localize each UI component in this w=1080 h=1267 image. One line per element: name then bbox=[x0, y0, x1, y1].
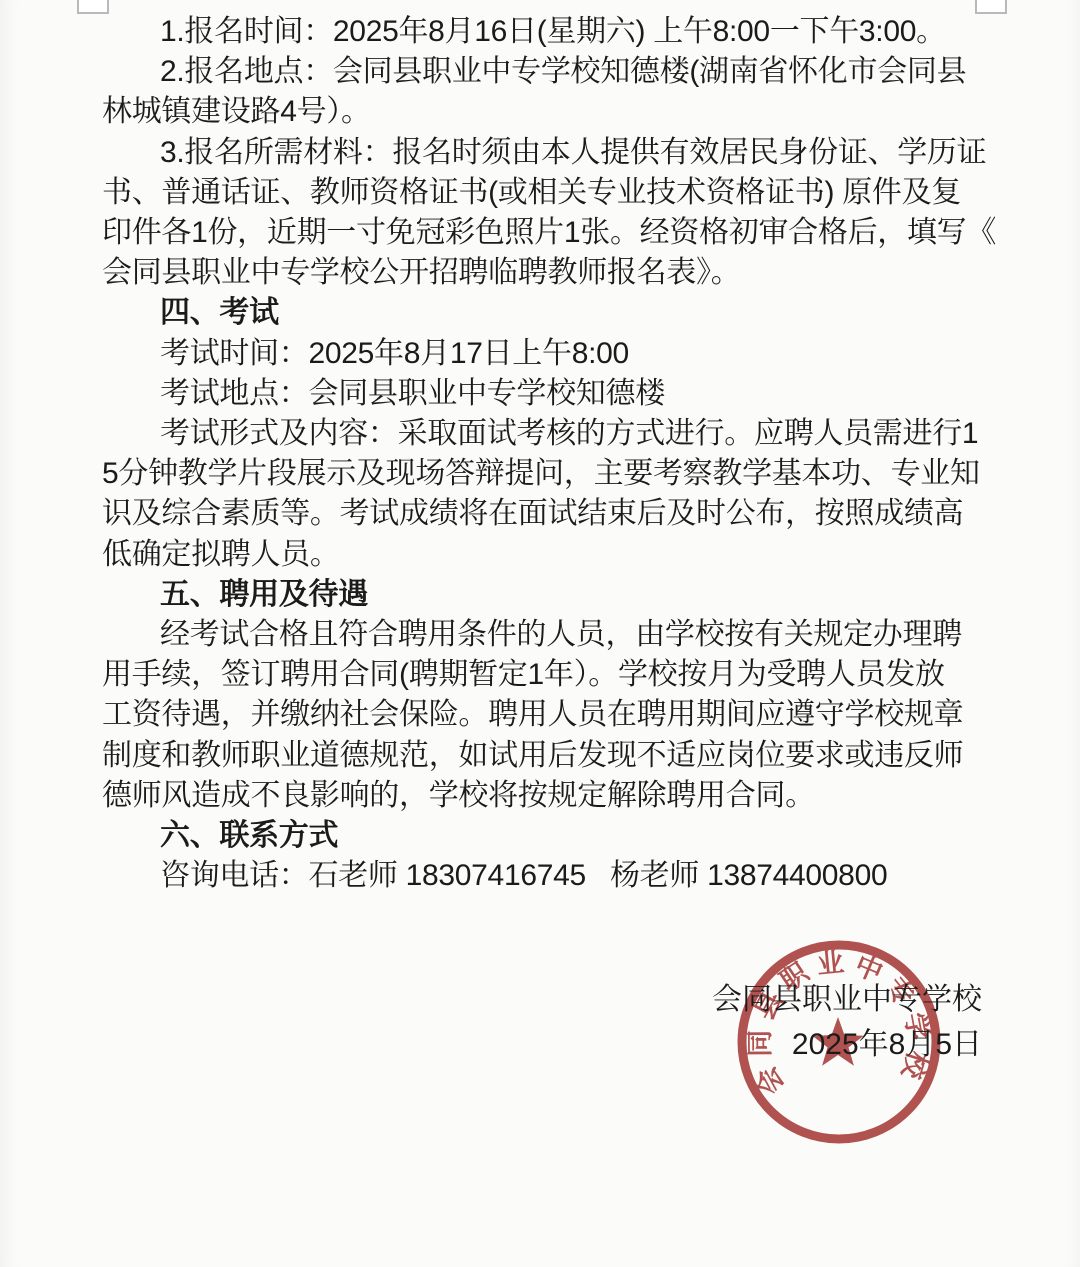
text-line: 林城镇建设路4号）。 bbox=[102, 92, 1002, 132]
text-line: 印件各1份，近期一寸免冠彩色照片1张。经资格初审合格后，填写《 bbox=[102, 213, 1002, 253]
text-line: 1.报名时间：2025年8月16日(星期六) 上午8:00一下午3:00。 bbox=[102, 12, 1002, 52]
text-line: 德师风造成不良影响的，学校将按规定解除聘用合同。 bbox=[102, 776, 1002, 816]
text-line: 考试时间：2025年8月17日上午8:00 bbox=[102, 334, 1002, 374]
text-line: 考试形式及内容：采取面试考核的方式进行。应聘人员需进行1 bbox=[102, 414, 1002, 454]
text-line: 经考试合格且符合聘用条件的人员，由学校按有关规定办理聘 bbox=[102, 615, 1002, 655]
notice-body: 1.报名时间：2025年8月16日(星期六) 上午8:00一下午3:00。 2.… bbox=[102, 12, 1002, 896]
section-heading-exam: 四、考试 bbox=[102, 293, 1002, 333]
text-line: 2.报名地点：会同县职业中专学校知德楼(湖南省怀化市会同县 bbox=[102, 52, 1002, 92]
text-line: 5分钟教学片段展示及现场答辩提问，主要考察教学基本功、专业知 bbox=[102, 454, 1002, 494]
text-line: 书、普通话证、教师资格证书(或相关专业技术资格证书) 原件及复 bbox=[102, 173, 1002, 213]
text-line: 识及综合素质等。考试成绩将在面试结束后及时公布，按照成绩高 bbox=[102, 494, 1002, 534]
signature-block: 会同县职业中专学校 2025年8月5日 bbox=[712, 977, 982, 1067]
signature-school: 会同县职业中专学校 bbox=[712, 977, 982, 1022]
text-line: 工资待遇，并缴纳社会保险。聘用人员在聘用期间应遵守学校规章 bbox=[102, 695, 1002, 735]
text-line: 会同县职业中专学校公开招聘临聘教师报名表》。 bbox=[102, 253, 1002, 293]
text-line: 用手续，签订聘用合同(聘期暂定1年）。学校按月为受聘人员发放 bbox=[102, 655, 1002, 695]
text-line: 3.报名所需材料：报名时须由本人提供有效居民身份证、学历证 bbox=[102, 133, 1002, 173]
section-heading-hiring: 五、聘用及待遇 bbox=[102, 575, 1002, 615]
contact-phone-line: 咨询电话：石老师 18307416745 杨老师 13874400800 bbox=[102, 856, 1002, 896]
signature-date: 2025年8月5日 bbox=[712, 1022, 982, 1067]
text-line: 低确定拟聘人员。 bbox=[102, 535, 1002, 575]
section-heading-contact: 六、联系方式 bbox=[102, 816, 1002, 856]
text-line: 考试地点：会同县职业中专学校知德楼 bbox=[102, 374, 1002, 414]
document-page: 1.报名时间：2025年8月16日(星期六) 上午8:00一下午3:00。 2.… bbox=[0, 0, 1080, 1267]
text-line: 制度和教师职业道德规范，如试用后发现不适应岗位要求或违反师 bbox=[102, 736, 1002, 776]
